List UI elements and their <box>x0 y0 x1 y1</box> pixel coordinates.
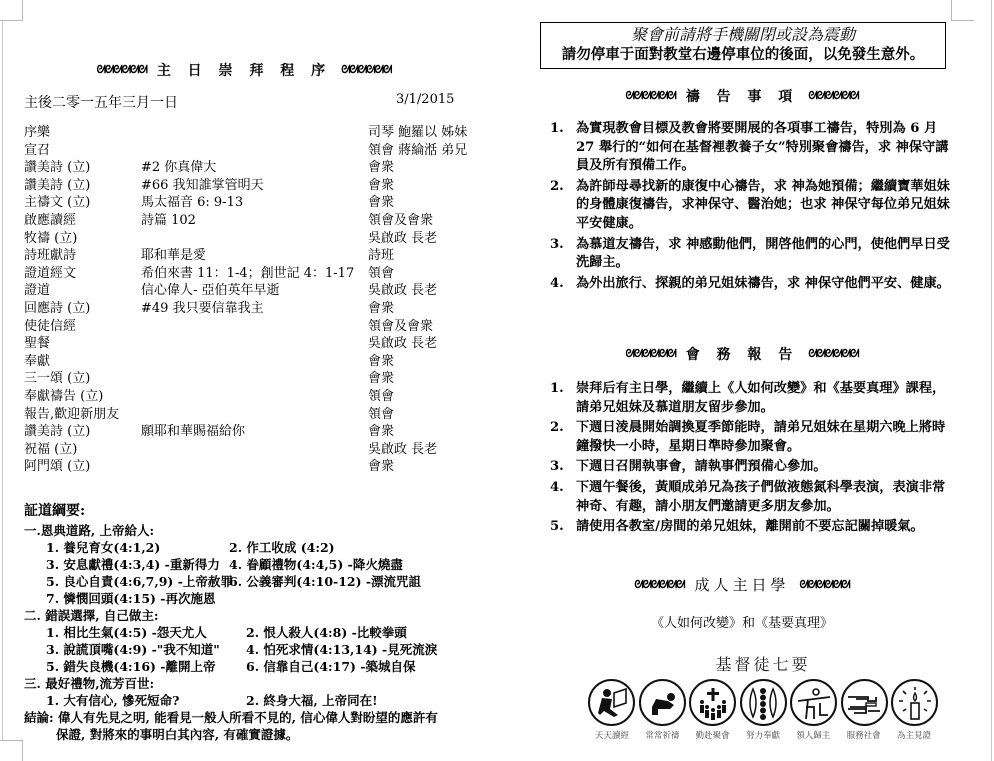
program-row: 祝福 (立)吳啟政 長老 <box>24 441 464 459</box>
prayer-title: 禱 告 事 項 <box>686 86 799 106</box>
item-number: 4. <box>550 479 576 516</box>
sunday-school-heading: ᘛᘛᘛᘛᘛᘛ 成人主日學 ᘛᘛᘛᘛᘛᘛ <box>540 574 944 595</box>
program-row: 讚美詩 (立)願耶和華賜福給你會衆 <box>24 423 464 441</box>
program-item: 宣召 <box>24 142 50 160</box>
candle-light-icon <box>891 679 938 726</box>
program-item: 讚美詩 (立) <box>24 177 90 195</box>
program-item: 證道經文 <box>24 265 76 283</box>
outline-row: 7. 憐憫回頭(4:15) -再次施恩 <box>24 590 464 607</box>
item-text: 下週日召開執事會，請執事們預備心參加。 <box>576 458 950 477</box>
program-person: 會衆 <box>368 423 394 441</box>
seven-labels-row: 天天讀經 常常祈禱 勤赴聚會 努力奉獻 領人歸主 服務社會 為主見證 <box>588 729 938 741</box>
fish-offering-icon <box>740 679 787 726</box>
program-person: 會衆 <box>368 353 394 371</box>
ornament-icon: ᘛᘛᘛᘛᘛᘛ <box>626 89 676 103</box>
prayer-item: 2.為許師母尋找新的康復中心禱告，求 神為她預備；繼續寶華姐妹的身體康復禱告，求… <box>550 178 950 234</box>
program-person: 吳啟政 長老 <box>368 441 437 459</box>
outline-point: 5. 良心自責(4:6,7,9) -上帝赦罪 <box>24 573 229 590</box>
program-row: 詩班獻詩耶和華是愛詩班 <box>24 247 464 265</box>
program-item: 讚美詩 (立) <box>24 159 90 177</box>
item-number: 3. <box>550 458 576 477</box>
ornament-icon: ᘛᘛᘛᘛᘛᘛ <box>634 578 684 592</box>
item-number: 1. <box>550 120 576 176</box>
prayer-item: 3.為慕道友禱告，求 神感動他們，開啓他們的心門，使他們早日受洗歸主。 <box>550 236 950 273</box>
outline-row: 1. 大有信心, 慘死短命?2. 終身大福, 上帝同在! <box>24 692 464 709</box>
seven-icons-row <box>588 679 938 726</box>
outline-point: 5. 錯失良機(4:16) -離開上帝 <box>24 658 246 675</box>
news-list: 1.崇拜后有主日學，繼續上《人如何改變》和《基要真理》課程，請弟兄姐妹及慕道朋友… <box>550 380 950 539</box>
outline-row: 3. 說謊頂嘴(4:9) -"我不知道"4. 怕死求情(4:13,14) -見死… <box>24 641 464 658</box>
item-text: 為慕道友禱告，求 神感動他們，開啓他們的心門，使他們早日受洗歸主。 <box>576 236 950 273</box>
date-row: 主後二零一五年三月一日 3/1/2015 <box>24 92 464 112</box>
program-item: 啟應讀經 <box>24 212 76 230</box>
worship-program-heading: ᘛᘛᘛᘛᘛᘛ 主 日 崇 拜 程 序 ᘛᘛᘛᘛᘛᘛ <box>24 60 464 80</box>
program-person: 吳啟政 長老 <box>368 230 437 248</box>
serving-hands-icon <box>841 679 888 726</box>
item-text: 為許師母尋找新的康復中心禱告，求 神為她預備；繼續寶華姐妹的身體康復禱告，求神保… <box>576 178 950 234</box>
program-list: 序樂司琴 鮑羅以 姊妹 宣召領會 蔣綸湉 弟兄 讚美詩 (立)#2 你真偉大會衆… <box>24 124 464 476</box>
sermon-outline-heading: 証道綱要: <box>24 503 464 520</box>
program-item: 詩班獻詩 <box>24 247 76 265</box>
program-detail: 希伯來書 11：1-4；創世記 4：1-17 <box>141 265 354 283</box>
outline-conclusion: 結論: 偉人有先見之明, 能看見一般人所看不見的, 信心偉人對盼望的應許有 <box>24 709 464 726</box>
kneeling-prayer-icon <box>639 679 686 726</box>
program-row: 聖餐吳啟政 長老 <box>24 335 464 353</box>
outline-point: 3. 說謊頂嘴(4:9) -"我不知道" <box>24 641 246 658</box>
news-item: 3.下週日召開執事會，請執事們預備心參加。 <box>550 458 950 477</box>
item-text: 為外出旅行、探親的弟兄姐妹禱告，求 神保守他們平安、健康。 <box>576 275 950 294</box>
program-person: 會衆 <box>368 300 394 318</box>
item-text: 請使用各教室/房間的弟兄姐妹，離開前不要忘記關掉暖氣。 <box>576 518 950 537</box>
ornament-icon: ᘛᘛᘛᘛᘛᘛ <box>626 347 676 361</box>
program-item: 證道 <box>24 282 50 300</box>
outline-row: 5. 錯失良機(4:16) -離開上帝6. 信靠自己(4:17) -築城自保 <box>24 658 464 675</box>
item-text: 為實現教會目標及教會將要開展的各項事工禱告，特別為 6 月 27 舉行的“如何在… <box>576 120 950 176</box>
program-detail: #49 我只要信靠我主 <box>141 300 264 318</box>
notice-box: 聚會前請將手機關閉或設為震動 請勿停車于面對教堂右邊停車位的後面，以免發生意外。 <box>540 22 946 69</box>
program-person: 吳啟政 長老 <box>368 282 437 300</box>
program-item: 讚美詩 (立) <box>24 423 90 441</box>
program-row: 牧禱 (立)吳啟政 長老 <box>24 230 464 248</box>
program-row: 證道信心偉人- 亞伯英年早逝吳啟政 長老 <box>24 282 464 300</box>
item-text: 崇拜后有主日學，繼續上《人如何改變》和《基要真理》課程，請弟兄姐妹及慕道朋友留步… <box>576 380 950 417</box>
program-person: 領會及會衆 <box>368 212 433 230</box>
ornament-icon: ᘛᘛᘛᘛᘛᘛ <box>341 63 391 77</box>
ornament-icon: ᘛᘛᘛᘛᘛᘛ <box>808 89 858 103</box>
outline-point: 1. 養兒育女(4:1,2) <box>24 539 229 556</box>
program-item: 祝福 (立) <box>24 441 77 459</box>
outline-section-title: 一.恩典道路, 上帝給人: <box>24 522 464 539</box>
reading-bible-icon <box>588 679 635 726</box>
gathering-cross-icon <box>689 679 736 726</box>
program-row: 讚美詩 (立)#66 我知誰掌管明天會衆 <box>24 177 464 195</box>
outline-point: 6. 信靠自己(4:17) -築城自保 <box>246 658 415 675</box>
program-detail: 馬太福音 6: 9-13 <box>141 194 243 212</box>
sermon-outline: 証道綱要: 一.恩典道路, 上帝給人: 1. 養兒育女(4:1,2)2. 作工收… <box>24 503 464 743</box>
worship-program-title: 主 日 崇 拜 程 序 <box>157 60 331 80</box>
page-corner-marker <box>951 0 974 21</box>
page-edge <box>2 20 3 741</box>
program-person: 會衆 <box>368 159 394 177</box>
program-row: 主禱文 (立)馬太福音 6: 9-13會衆 <box>24 194 464 212</box>
program-item: 回應詩 (立) <box>24 300 90 318</box>
program-row: 啟應讀經詩篇 102領會及會衆 <box>24 212 464 230</box>
item-text: 下週日淩晨開始調換夏季節能時，請弟兄姐妹在星期六晚上將時鐘撥快一小時，星期日準時… <box>576 419 950 456</box>
ornament-icon: ᘛᘛᘛᘛᘛᘛ <box>808 347 858 361</box>
program-row: 奉獻會衆 <box>24 353 464 371</box>
sunday-school-title: 成人主日學 <box>694 574 789 595</box>
program-detail: 耶和華是愛 <box>141 247 206 265</box>
outline-point: 7. 憐憫回頭(4:15) -再次施恩 <box>24 590 215 607</box>
program-person: 司琴 鮑羅以 姊妹 <box>368 124 467 142</box>
outline-section-title: 三. 最好禮物,流芳百世: <box>24 675 464 692</box>
seven-label: 為主見證 <box>890 729 938 741</box>
program-person: 領會 蔣綸湉 弟兄 <box>368 142 467 160</box>
item-text: 下週午餐後，黃順成弟兄為孩子們做液態氮科學表演，表演非常神奇、有趣，請小朋友們邀… <box>576 479 950 516</box>
page-corner-marker <box>0 0 23 21</box>
program-person: 領會 <box>368 388 394 406</box>
news-heading: ᘛᘛᘛᘛᘛᘛ 會 務 報 告 ᘛᘛᘛᘛᘛᘛ <box>540 344 944 364</box>
program-item: 三一頌 (立) <box>24 370 90 388</box>
program-item: 聖餐 <box>24 335 50 353</box>
program-row: 讚美詩 (立)#2 你真偉大會衆 <box>24 159 464 177</box>
program-person: 領會 <box>368 406 394 424</box>
outline-point: 4. 眷顧禮物(4:4,5) -降火燒盡 <box>229 556 403 573</box>
program-row: 使徒信經領會及會衆 <box>24 318 464 336</box>
program-item: 牧禱 (立) <box>24 230 77 248</box>
outline-point: 2. 作工收成 (4:2) <box>229 539 335 556</box>
program-item: 奉獻禱告 (立) <box>24 388 103 406</box>
outline-conclusion-cont: 保證, 對將來的事明白其內容, 有確實證據。 <box>24 726 464 743</box>
ornament-icon: ᘛᘛᘛᘛᘛᘛ <box>800 578 850 592</box>
outline-point: 3. 安息獻禮(4:3,4) -重新得力 <box>24 556 229 573</box>
seven-label: 領人歸主 <box>789 729 837 741</box>
program-row: 宣召領會 蔣綸湉 弟兄 <box>24 142 464 160</box>
news-item: 5.請使用各教室/房間的弟兄姐妹，離開前不要忘記關掉暖氣。 <box>550 518 950 537</box>
news-item: 1.崇拜后有主日學，繼續上《人如何改變》和《基要真理》課程，請弟兄姐妹及慕道朋友… <box>550 380 950 417</box>
item-number: 2. <box>550 178 576 234</box>
program-detail: #2 你真偉大 <box>141 159 216 177</box>
seven-label: 努力奉獻 <box>739 729 787 741</box>
outline-point: 2. 恨人殺人(4:8) -比較拳頭 <box>246 624 407 641</box>
program-person: 會衆 <box>368 458 394 476</box>
program-person: 詩班 <box>368 247 394 265</box>
item-number: 4. <box>550 275 576 294</box>
program-detail: 詩篇 102 <box>141 212 196 230</box>
item-number: 5. <box>550 518 576 537</box>
program-person: 吳啟政 長老 <box>368 335 437 353</box>
program-person: 會衆 <box>368 370 394 388</box>
program-row: 回應詩 (立)#49 我只要信靠我主會衆 <box>24 300 464 318</box>
notice-parking: 請勿停車于面對教堂右邊停車位的後面，以免發生意外。 <box>541 45 945 65</box>
program-row: 三一頌 (立)會衆 <box>24 370 464 388</box>
seven-essentials-graphic: 基督徒七要 天天讀經 常 <box>588 652 938 741</box>
news-title: 會 務 報 告 <box>686 344 799 364</box>
seven-label: 常常祈禱 <box>638 729 686 741</box>
program-item: 阿門頌 (立) <box>24 458 90 476</box>
news-item: 4.下週午餐後，黃順成弟兄為孩子們做液態氮科學表演，表演非常神奇、有趣，請小朋友… <box>550 479 950 516</box>
outline-point: 1. 相比生氣(4:5) -怨天尤人 <box>24 624 246 641</box>
item-number: 2. <box>550 419 576 456</box>
seven-label: 服務社會 <box>840 729 888 741</box>
seven-label: 勤赴聚會 <box>689 729 737 741</box>
prayer-item: 1.為實現教會目標及教會將要開展的各項事工禱告，特別為 6 月 27 舉行的“如… <box>550 120 950 176</box>
prayer-list: 1.為實現教會目標及教會將要開展的各項事工禱告，特別為 6 月 27 舉行的“如… <box>550 120 950 295</box>
seven-essentials-title: 基督徒七要 <box>588 652 938 675</box>
program-person: 會衆 <box>368 194 394 212</box>
program-item: 奉獻 <box>24 353 50 371</box>
page-corner-marker <box>0 740 23 761</box>
outline-point: 4. 怕死求情(4:13,14) -見死流淚 <box>246 641 437 658</box>
notice-phone: 聚會前請將手機關閉或設為震動 <box>541 25 945 45</box>
outline-point: 1. 大有信心, 慘死短命? <box>24 692 246 709</box>
item-number: 3. <box>550 236 576 273</box>
prayer-heading: ᘛᘛᘛᘛᘛᘛ 禱 告 事 項 ᘛᘛᘛᘛᘛᘛ <box>540 86 944 106</box>
outline-point: 6. 公義審判(4:10-12) -漂流咒詛 <box>229 573 421 590</box>
program-person: 領會及會衆 <box>368 318 433 336</box>
outline-section-title: 二. 錯誤選擇, 自己做主: <box>24 607 464 624</box>
program-row: 證道經文希伯來書 11：1-4；創世記 4：1-17領會 <box>24 265 464 283</box>
program-item: 序樂 <box>24 124 50 142</box>
program-row: 阿門頌 (立)會衆 <box>24 458 464 476</box>
program-item: 主禱文 (立) <box>24 194 90 212</box>
program-detail: #66 我知誰掌管明天 <box>141 177 264 195</box>
outline-row: 3. 安息獻禮(4:3,4) -重新得力4. 眷顧禮物(4:4,5) -降火燒盡 <box>24 556 464 573</box>
course-names: 《人如何改變》和《基要真理》 <box>540 612 944 631</box>
program-person: 會衆 <box>368 177 394 195</box>
date-numeric: 3/1/2015 <box>396 92 454 107</box>
news-item: 2.下週日淩晨開始調換夏季節能時，請弟兄姐妹在星期六晚上將時鐘撥快一小時，星期日… <box>550 419 950 456</box>
program-detail: 願耶和華賜福給你 <box>141 423 245 441</box>
outline-row: 5. 良心自責(4:6,7,9) -上帝赦罪6. 公義審判(4:10-12) -… <box>24 573 464 590</box>
program-item: 使徒信經 <box>24 318 76 336</box>
program-detail: 信心偉人- 亞伯英年早逝 <box>141 282 280 300</box>
date-text: 主後二零一五年三月一日 <box>24 95 178 111</box>
outline-row: 1. 相比生氣(4:5) -怨天尤人2. 恨人殺人(4:8) -比較拳頭 <box>24 624 464 641</box>
seven-label: 天天讀經 <box>588 729 636 741</box>
program-item: 報告,歡迎新朋友 <box>24 406 119 424</box>
program-row: 奉獻禱告 (立)領會 <box>24 388 464 406</box>
ornament-icon: ᘛᘛᘛᘛᘛᘛ <box>97 63 147 77</box>
leading-people-icon <box>790 679 837 726</box>
outline-point: 2. 終身大福, 上帝同在! <box>246 692 378 709</box>
program-row: 序樂司琴 鮑羅以 姊妹 <box>24 124 464 142</box>
outline-row: 1. 養兒育女(4:1,2)2. 作工收成 (4:2) <box>24 539 464 556</box>
item-number: 1. <box>550 380 576 417</box>
program-person: 領會 <box>368 265 394 283</box>
page-edge <box>991 0 992 761</box>
program-row: 報告,歡迎新朋友領會 <box>24 406 464 424</box>
prayer-item: 4.為外出旅行、探親的弟兄姐妹禱告，求 神保守他們平安、健康。 <box>550 275 950 294</box>
